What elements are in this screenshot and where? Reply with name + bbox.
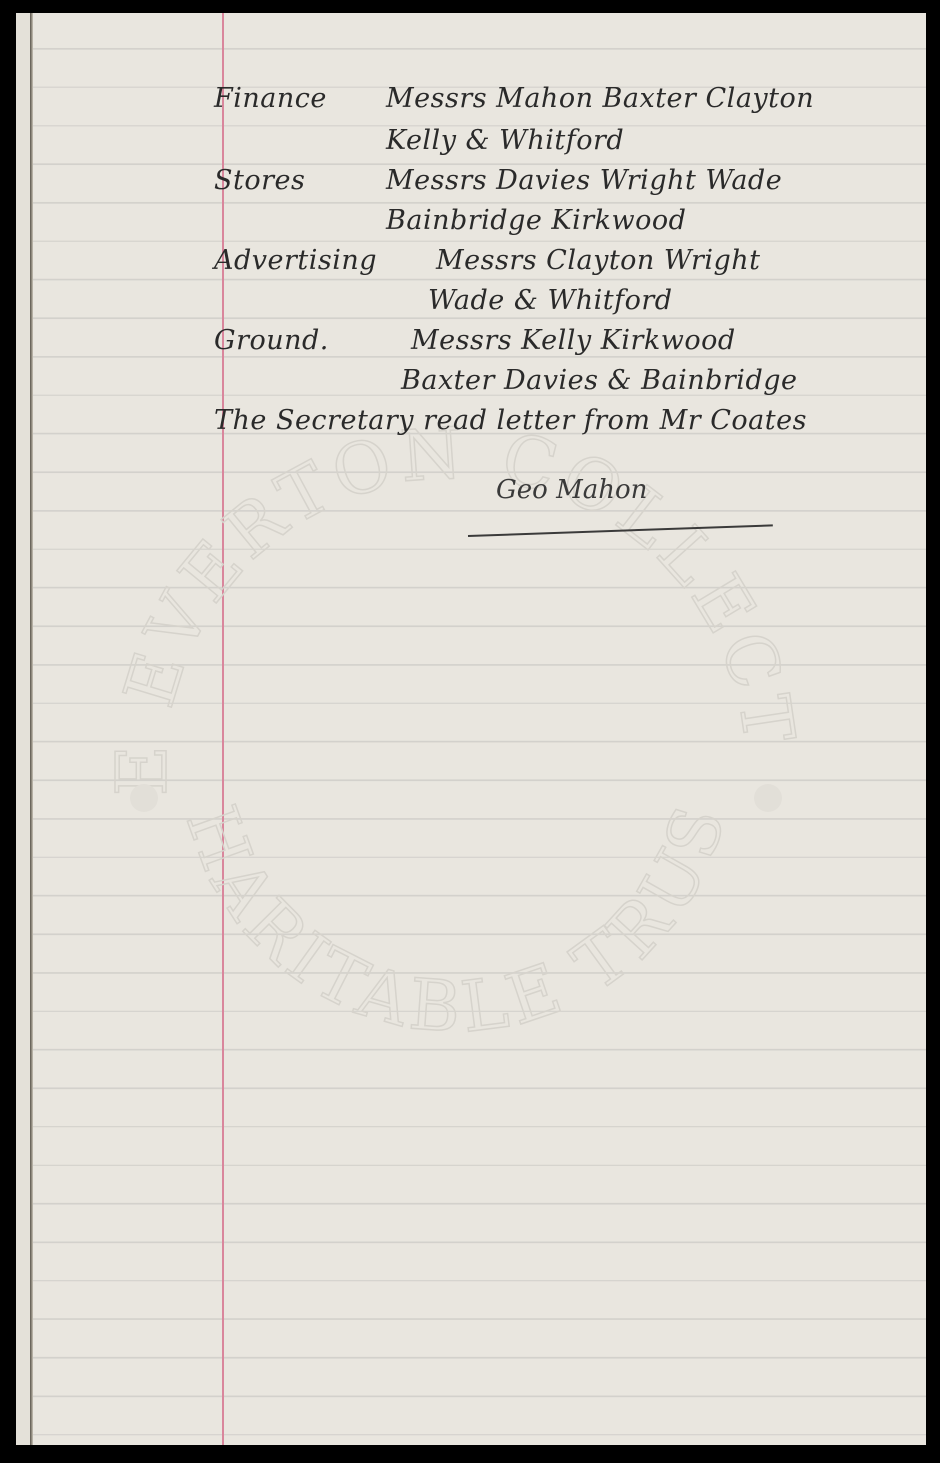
committee-finance-members-2: Kelly & Whitford <box>386 125 624 156</box>
signature: Geo Mahon <box>496 475 647 505</box>
committee-ground-members-1: Messrs Kelly Kirkwood <box>411 325 736 356</box>
closing-note: The Secretary read letter from Mr Coates <box>214 405 807 436</box>
committee-advertising-label: Advertising <box>214 245 377 276</box>
committee-stores-members-2: Bainbridge Kirkwood <box>386 205 686 236</box>
committee-advertising-members-2: Wade & Whitford <box>428 285 673 316</box>
committee-ground-label: Ground. <box>214 325 329 356</box>
binding-strip <box>16 13 30 1445</box>
committee-stores-members-1: Messrs Davies Wright Wade <box>386 165 782 196</box>
committee-finance-label: Finance <box>214 83 327 114</box>
committee-ground-members-2: Baxter Davies & Bainbridge <box>401 365 797 396</box>
ledger-page: THE EVERTON COLLECTION CHARITABLE TRUST … <box>16 13 926 1445</box>
red-margin-line <box>222 13 224 1445</box>
committee-advertising-members-1: Messrs Clayton Wright <box>436 245 761 276</box>
committee-finance-members-1: Messrs Mahon Baxter Clayton <box>386 83 814 114</box>
committee-stores-label: Stores <box>214 165 305 196</box>
